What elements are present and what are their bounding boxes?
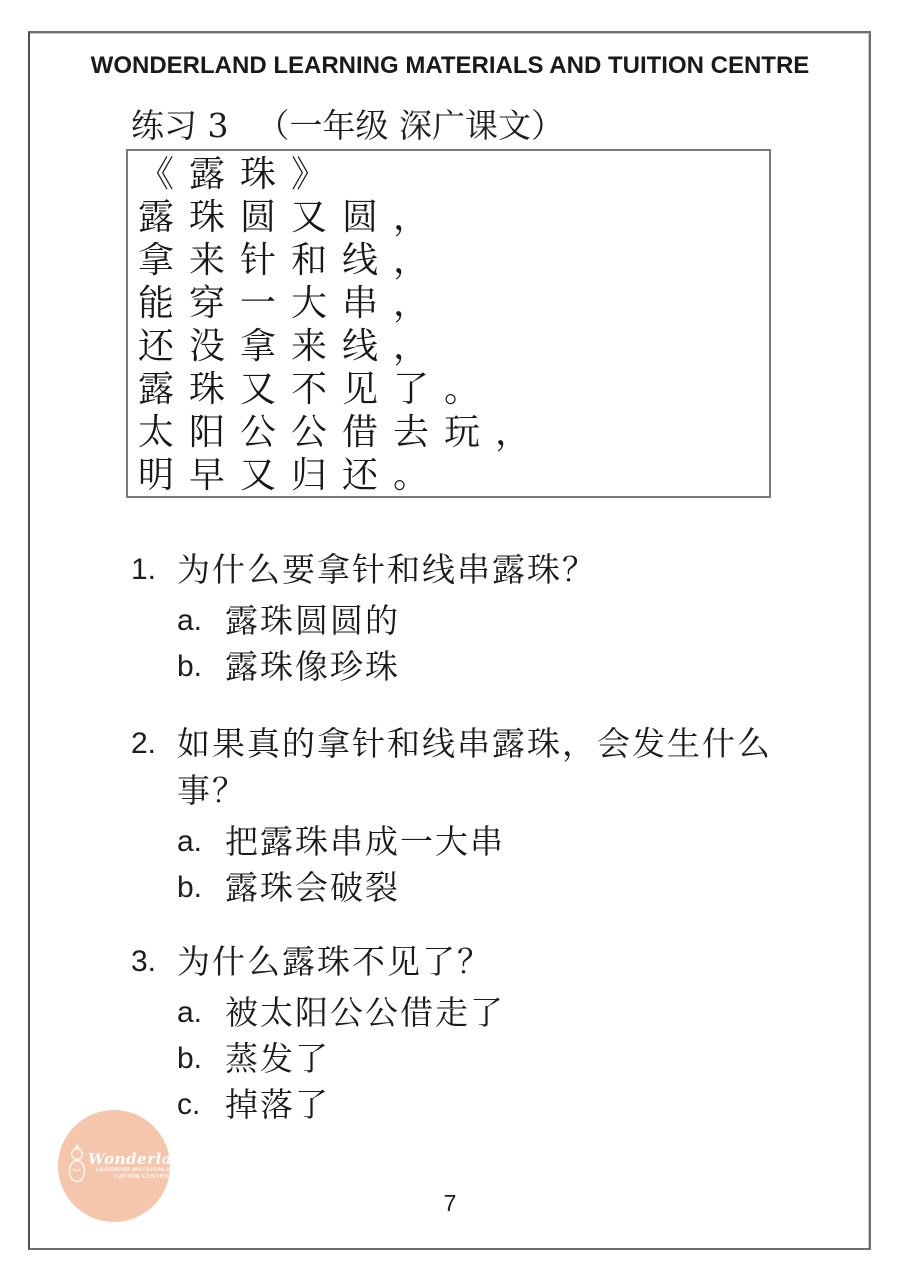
option-letter: a. xyxy=(177,598,225,644)
question-text: 为什么要拿针和线串露珠？ xyxy=(177,546,779,593)
logo-tagline-line1: LEARNING MATERIALS AND xyxy=(88,1167,194,1174)
option-letter: b. xyxy=(177,1036,225,1082)
answer-option: c. 掉落了 xyxy=(177,1082,779,1128)
poem-box: 《露珠》 露珠圆又圆， 拿来针和线， 能穿一大串， 还没拿来线， 露珠又不见了。… xyxy=(126,149,771,498)
question-number: 2. xyxy=(131,720,177,767)
exercise-title: 练习 3（一年级 深广课文） xyxy=(131,100,564,152)
logo-tagline-line2: TUITION CENTRE xyxy=(88,1174,194,1181)
option-text: 露珠会破裂 xyxy=(225,865,779,911)
answer-option: a. 把露珠串成一大串 xyxy=(177,819,779,865)
question-text: 为什么露珠不见了？ xyxy=(177,938,779,985)
option-letter: c. xyxy=(177,1082,225,1128)
poem-line: 太阳公公借去玩， xyxy=(138,411,769,454)
poem-line: 拿来针和线， xyxy=(138,239,769,282)
worksheet-page: WONDERLAND LEARNING MATERIALS AND TUITIO… xyxy=(0,0,900,1280)
question-number: 3. xyxy=(131,938,177,985)
page-number: 7 xyxy=(0,1190,900,1217)
option-letter: a. xyxy=(177,990,225,1036)
poem-line: 能穿一大串， xyxy=(138,282,769,325)
poem-line: 露珠圆又圆， xyxy=(138,196,769,239)
question-3: 3. 为什么露珠不见了？ a. 被太阳公公借走了 b. 蒸发了 c. 掉落了 xyxy=(131,938,779,1128)
poem-title: 《露珠》 xyxy=(138,153,769,196)
exercise-number: 练习 3 xyxy=(131,100,235,152)
poem-line: 明早又归还。 xyxy=(138,454,769,497)
mascot-icon xyxy=(66,1144,88,1189)
option-text: 露珠圆圆的 xyxy=(225,598,779,644)
option-text: 把露珠串成一大串 xyxy=(225,819,779,865)
question-text: 如果真的拿针和线串露珠，会发生什么事？ xyxy=(177,720,779,814)
option-text: 蒸发了 xyxy=(225,1036,779,1082)
poem-line: 还没拿来线， xyxy=(138,325,769,368)
option-text: 露珠像珍珠 xyxy=(225,644,779,690)
option-letter: b. xyxy=(177,865,225,911)
option-letter: a. xyxy=(177,819,225,865)
answer-option: a. 被太阳公公借走了 xyxy=(177,990,779,1036)
answer-option: b. 蒸发了 xyxy=(177,1036,779,1082)
centre-header: WONDERLAND LEARNING MATERIALS AND TUITIO… xyxy=(0,52,900,80)
poem-line: 露珠又不见了。 xyxy=(138,368,769,411)
option-letter: b. xyxy=(177,644,225,690)
exercise-subtitle: （一年级 深广课文） xyxy=(257,106,565,145)
answer-option: a. 露珠圆圆的 xyxy=(177,598,779,644)
answer-option: b. 露珠像珍珠 xyxy=(177,644,779,690)
question-1: 1. 为什么要拿针和线串露珠？ a. 露珠圆圆的 b. 露珠像珍珠 xyxy=(131,546,779,690)
logo-name: Wonderland xyxy=(88,1151,194,1167)
option-text: 被太阳公公借走了 xyxy=(225,990,779,1036)
logo-text: Wonderland LEARNING MATERIALS AND TUITIO… xyxy=(88,1151,204,1181)
option-text: 掉落了 xyxy=(225,1082,779,1128)
answer-option: b. 露珠会破裂 xyxy=(177,865,779,911)
question-2: 2. 如果真的拿针和线串露珠，会发生什么事？ a. 把露珠串成一大串 b. 露珠… xyxy=(131,720,779,911)
question-number: 1. xyxy=(131,546,177,593)
